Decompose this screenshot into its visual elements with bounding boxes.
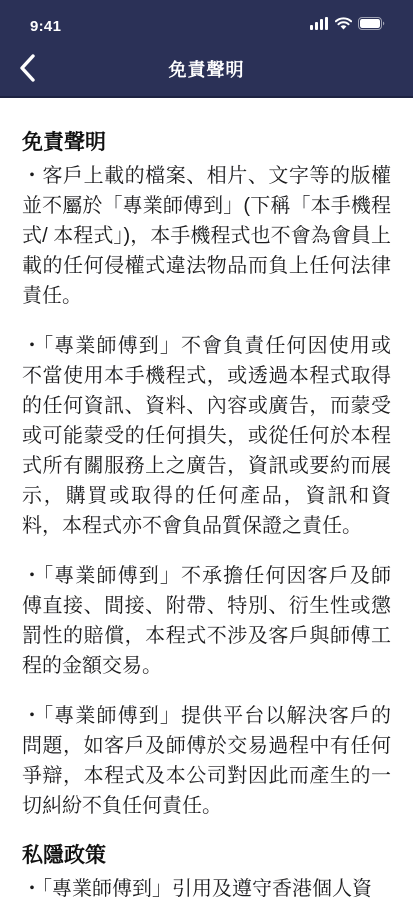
wifi-icon (335, 17, 352, 35)
status-icons (310, 17, 385, 35)
back-button[interactable] (16, 47, 60, 91)
app-header: 9:41 (0, 0, 413, 98)
section-heading-disclaimer: 免責聲明 (22, 128, 391, 158)
section-heading-privacy: 私隱政策 (22, 841, 391, 871)
privacy-paragraph: ・「專業師傅到」引用及遵守香港個人資 (22, 874, 391, 900)
disclaimer-paragraph: ・「專業師傅到」提供平台以解決客戶的問題，如客戶及師傅於交易過程中有任何爭辯，本… (22, 701, 391, 821)
privacy-policy-section: 私隱政策 ・「專業師傅到」引用及遵守香港個人資 (22, 841, 391, 900)
status-time: 9:41 (30, 18, 61, 35)
disclaimer-scroll-area[interactable]: 免責聲明 ・客戶上載的檔案、相片、文字等的版權並不屬於「專業師傅到」(下稱「本手… (0, 98, 413, 900)
cellular-signal-icon (310, 17, 329, 35)
phone-screen: 9:41 (0, 0, 413, 900)
page-title: 免責聲明 (60, 56, 353, 82)
disclaimer-paragraph: ・「專業師傅到」不承擔任何因客戶及師傅直接、間接、附帶、特別、衍生性或懲罰性的賠… (22, 561, 391, 681)
nav-bar: 免責聲明 (0, 42, 413, 96)
disclaimer-section: 免責聲明 ・客戶上載的檔案、相片、文字等的版權並不屬於「專業師傅到」(下稱「本手… (22, 128, 391, 821)
battery-icon (358, 17, 385, 35)
disclaimer-paragraph: ・「專業師傅到」不會負責任何因使用或不當使用本手機程式，或透過本程式取得的任何資… (22, 331, 391, 541)
chevron-left-icon (20, 54, 35, 85)
disclaimer-paragraph: ・客戶上載的檔案、相片、文字等的版權並不屬於「專業師傅到」(下稱「本手機程式/ … (22, 161, 391, 311)
status-bar: 9:41 (0, 0, 413, 42)
